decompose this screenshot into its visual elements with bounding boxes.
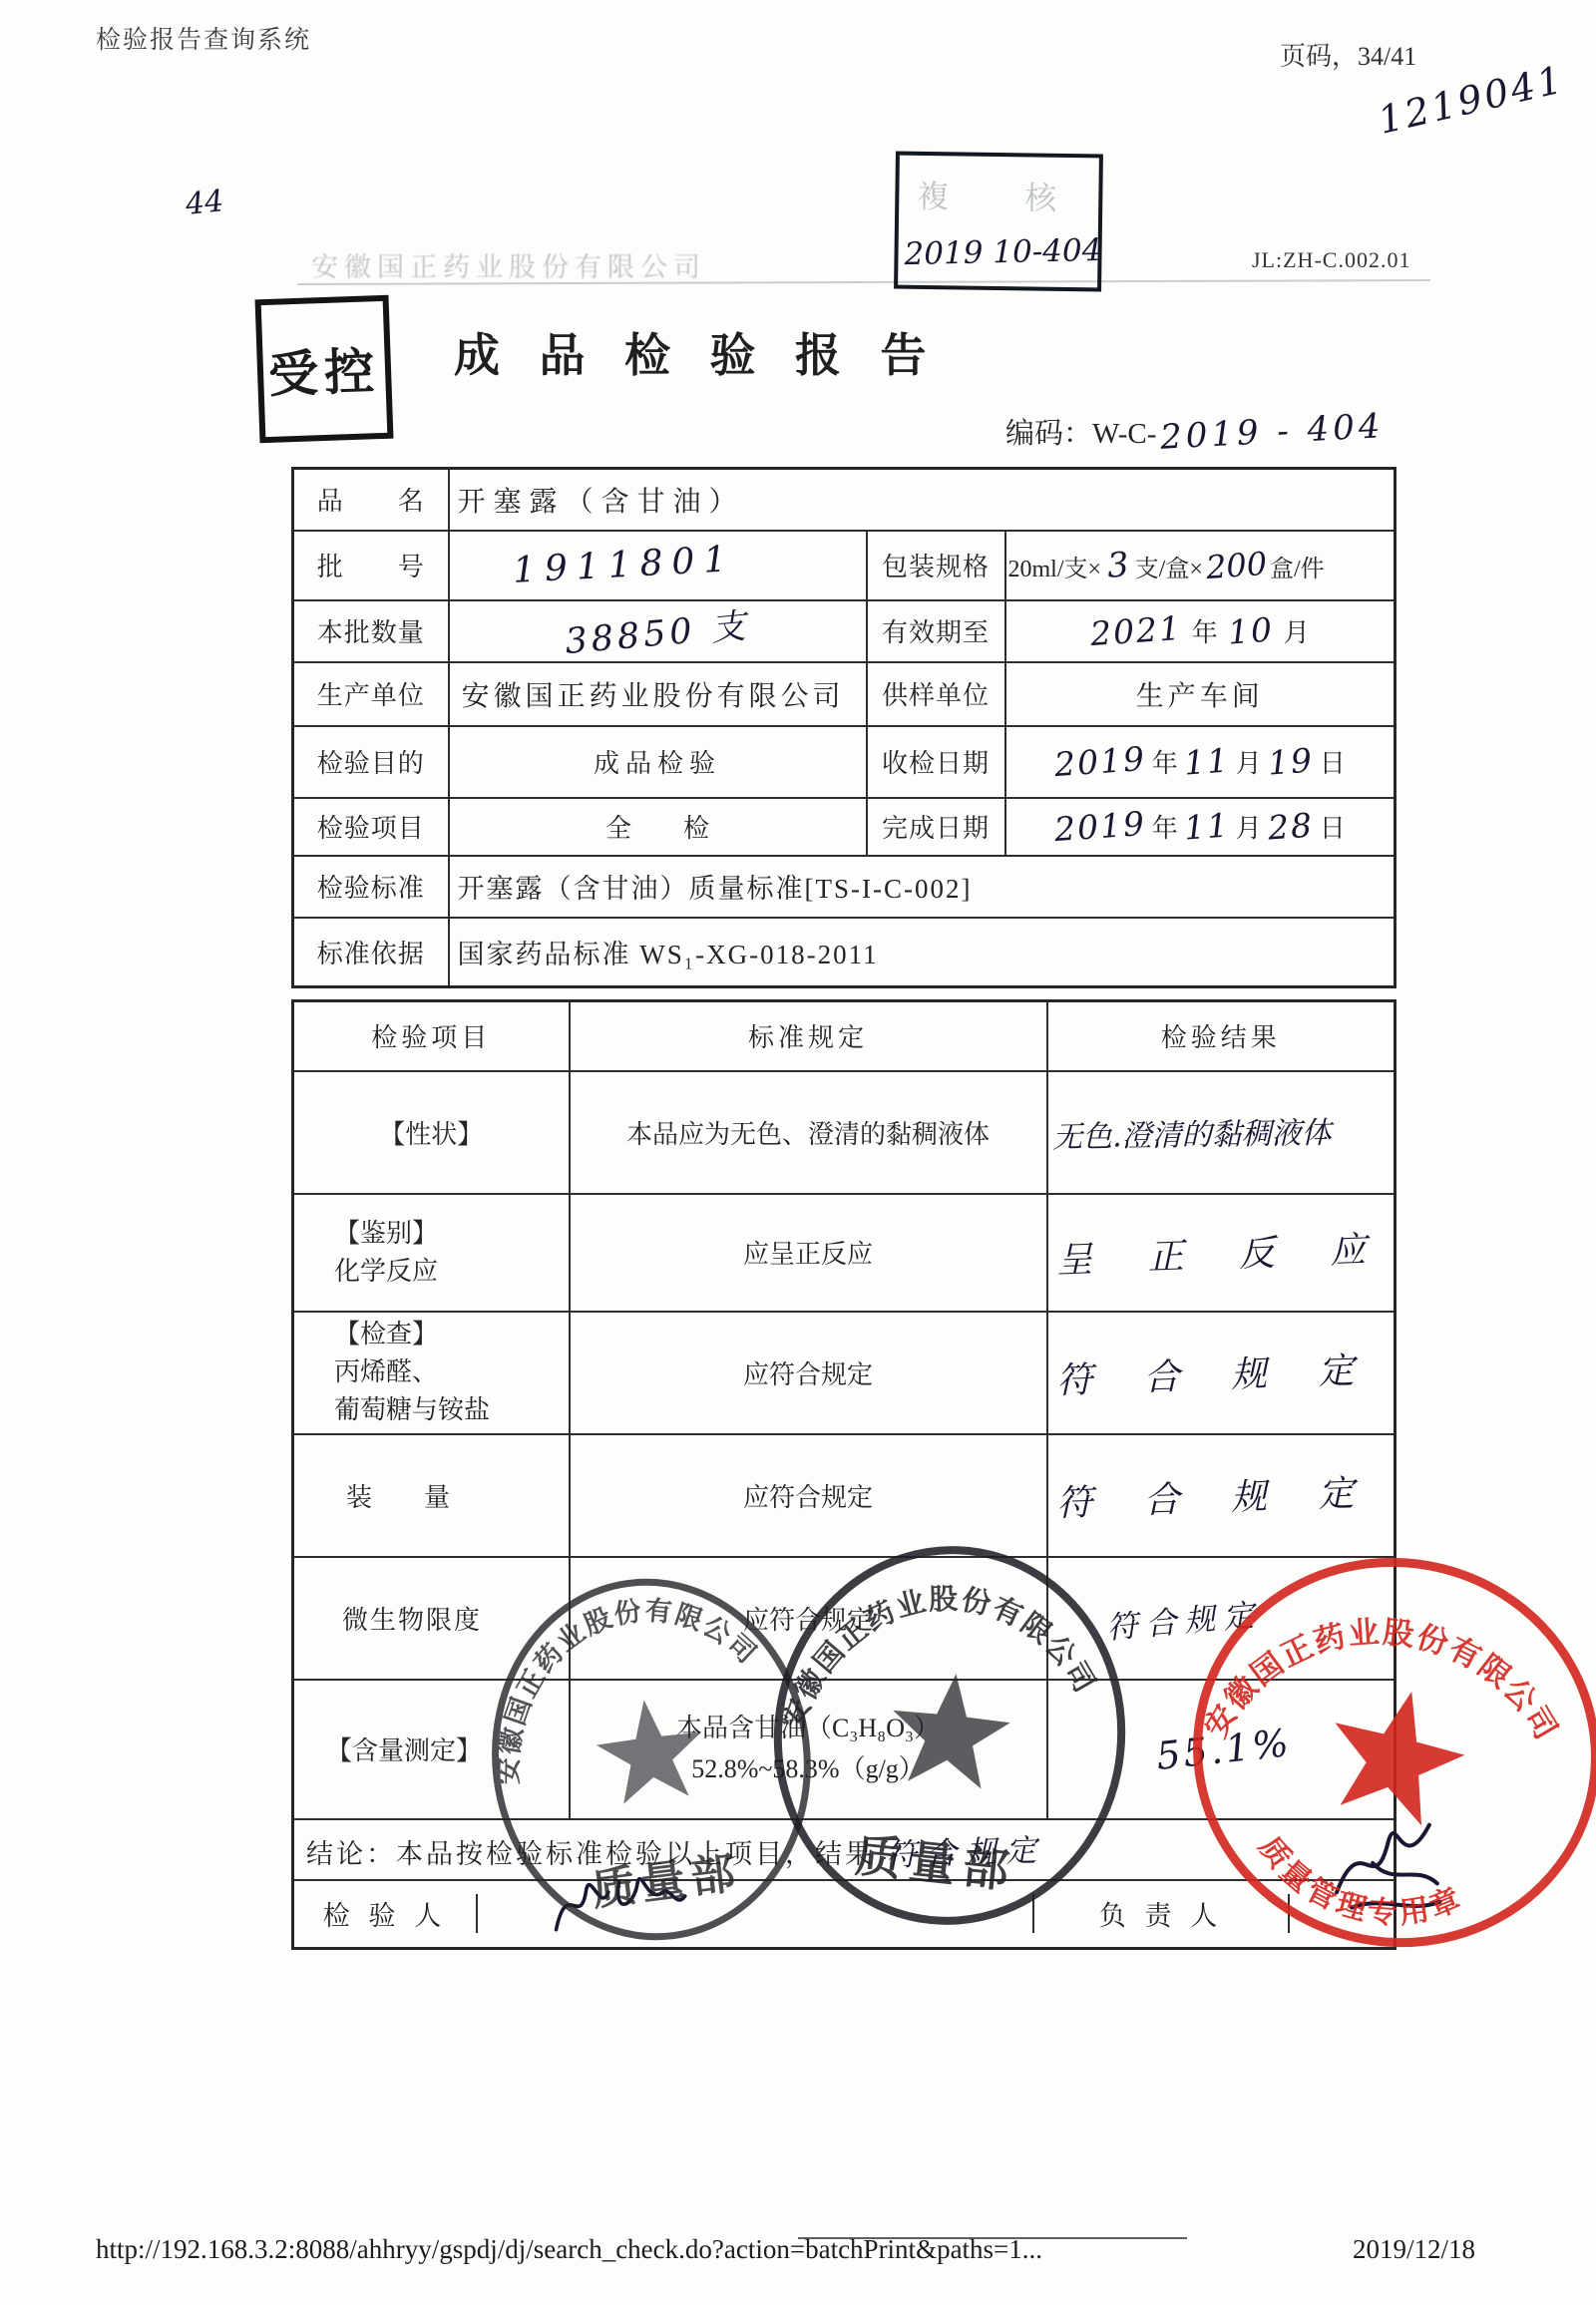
finish-month-hw: 11 [1182,805,1231,847]
supply-value: 生产车间 [1005,662,1396,726]
purpose-label: 检验目的 [293,726,449,798]
pack-handwritten-2: 200 [1205,544,1269,585]
row-zhuangliang-result: 符 合 规 定 [1047,1434,1396,1557]
row-jianbie-spec: 应呈正反应 [570,1194,1047,1312]
expiry-month-unit: 月 [1284,612,1310,649]
expiry-value: 2021 年 10 月 [1005,600,1396,662]
responsible-label: 负 责 人 [1034,1894,1290,1933]
inspector-signature [540,1849,698,1954]
recv-month-hw: 11 [1182,740,1231,782]
controlled-stamp: 受控 [255,295,394,444]
hanliang-spec-line1: 本品含甘油（C₃H₈O₃） [579,1709,1038,1748]
review-stamp-box: 複 核 2019 10-404 [894,152,1103,292]
header-spec: 标准规定 [570,1001,1047,1071]
recv-year-hw: 2019 [1052,739,1146,784]
row-jiancha-item: 【检查】 丙烯醛、 葡萄糖与铵盐 [293,1312,570,1434]
row-jiancha-spec: 应符合规定 [570,1312,1047,1434]
inspector-label: 检 验 人 [294,1894,478,1933]
qty-value: 38850 支 [449,600,867,662]
expiry-month-hw: 10 [1226,609,1275,651]
finish-month-unit: 月 [1236,808,1262,845]
page-number: 页码，34/41 [1280,36,1416,73]
basis-value: 国家药品标准 WS₁-XG-018-2011 [449,918,1396,987]
items-value: 全 检 [449,798,867,856]
result-table: 检验项目 标准规定 检验结果 【性状】 本品应为无色、澄清的黏稠液体 无色.澄清… [291,999,1396,1950]
row-jiancha-result: 符 合 规 定 [1047,1312,1396,1434]
recv-value: 2019 年 11 月 19 日 [1005,726,1396,798]
pack-handwritten-1: 3 [1105,545,1130,586]
review-stamp-text: 複 核 [917,172,1091,219]
batch-value: 1911801 [449,531,867,600]
footer-url: http://192.168.3.2:8088/ahhryy/gspdj/dj/… [96,2234,1042,2265]
row-xingzhuang-item: 【性状】 [293,1071,570,1194]
row-weishengwu-item: 微生物限度 [293,1557,570,1680]
standard-value: 开塞露（含甘油）质量标准[TS-I-C-002] [449,856,1396,918]
footer-date: 2019/12/18 [1353,2234,1475,2265]
conclusion-handwritten: 符合规定 [885,1824,1045,1875]
signature-row: 检 验 人 负 责 人 [293,1880,1396,1949]
finish-day-hw: 28 [1266,805,1315,847]
header-result: 检验结果 [1047,1001,1396,1071]
product-name-label: 品 名 [293,469,449,531]
row-xingzhuang-spec: 本品应为无色、澄清的黏稠液体 [570,1071,1047,1194]
pack-printed-2: 支/盒× [1135,549,1203,583]
report-code: 编码：W-C- 2019 - 404 [1005,411,1385,452]
header-item: 检验项目 [293,1001,570,1071]
result-weishengwu-handwritten: 符合规定 [1104,1589,1263,1647]
recv-year-unit: 年 [1152,743,1178,780]
row-zhuangliang-item: 装 量 [293,1434,570,1557]
info-table: 品 名 开塞露（含甘油） 批 号 1911801 包装规格 20ml/支× 3 … [291,467,1396,988]
batch-label: 批 号 [293,531,449,600]
mfr-value: 安徽国正药业股份有限公司 [449,662,867,726]
result-jiancha-handwritten: 符 合 规 定 [1055,1342,1375,1403]
row-hanliang-spec: 本品含甘油（C₃H₈O₃） 52.8%~58.3%（g/g） [570,1680,1047,1819]
finish-year-hw: 2019 [1052,804,1146,849]
row-zhuangliang-spec: 应符合规定 [570,1434,1047,1557]
review-stamp-handwritten: 2019 10-404 [904,232,1102,272]
result-xingzhuang-handwritten: 无色.澄清的黏稠液体 [1051,1108,1331,1157]
recv-label: 收检日期 [867,726,1005,798]
result-zhuangliang-handwritten: 符 合 规 定 [1055,1464,1375,1526]
row-jianbie-item: 【鉴别】 化学反应 [293,1194,570,1312]
jianbie-line2: 化学反应 [334,1253,561,1291]
recv-month-unit: 月 [1236,743,1262,780]
finish-label: 完成日期 [867,798,1005,856]
report-code-label: 编码：W-C- [1005,411,1156,452]
row-hanliang-item: 【含量测定】 [293,1680,570,1819]
result-jianbie-handwritten: 呈 正 反 应 [1055,1221,1389,1284]
basis-label: 标准依据 [293,918,449,987]
mfr-label: 生产单位 [293,662,449,726]
system-title: 检验报告查询系统 [96,20,311,56]
controlled-stamp-text: 受控 [267,331,381,407]
qty-handwritten: 38850 支 [563,598,751,664]
expiry-label: 有效期至 [867,600,1005,662]
report-title: 成 品 检 验 报 告 [454,319,941,385]
margin-handwritten-mark: 44 [184,184,225,222]
row-jianbie-result: 呈 正 反 应 [1047,1194,1396,1312]
jianbie-line1: 【鉴别】 [334,1215,561,1253]
hanliang-spec-line2: 52.8%~58.3%（g/g） [579,1749,1038,1789]
supply-label: 供样单位 [867,662,1005,726]
report-code-handwritten: 2019 - 404 [1160,406,1386,458]
inspector-signature-stroke [552,1874,687,1930]
items-label: 检验项目 [293,798,449,856]
batch-handwritten: 1911801 [512,539,736,591]
row-weishengwu-result: 符合规定 [1047,1557,1396,1680]
responsible-signature-stroke [1336,1819,1445,1914]
finish-value: 2019 年 11 月 28 日 [1005,798,1396,856]
finish-year-unit: 年 [1152,808,1178,845]
product-name-value: 开塞露（含甘油） [449,469,1396,531]
result-hanliang-handwritten: 55.1% [1154,1721,1294,1778]
conclusion-row: 结论：本品按检验标准检验以上项目，结果 符合规定 [293,1819,1396,1880]
pack-label: 包装规格 [867,531,1005,600]
row-xingzhuang-result: 无色.澄清的黏稠液体 [1047,1071,1396,1194]
expiry-year-unit: 年 [1192,612,1218,649]
finish-day-unit: 日 [1320,808,1346,845]
scanned-report-page: 检验报告查询系统 页码，34/41 1219041 44 安徽国正药业股份有限公… [0,0,1596,2305]
standard-label: 检验标准 [293,856,449,918]
jiancha-line3: 葡萄糖与铵盐 [334,1391,561,1429]
row-weishengwu-spec: 应符合规定 [570,1557,1047,1680]
pack-printed-1: 20ml/支× [1008,549,1102,583]
pack-printed-3: 盒/件 [1270,549,1325,583]
letterhead-company-faint: 安徽国正药业股份有限公司 [311,245,706,284]
jiancha-line1: 【检查】 [334,1316,561,1353]
recv-day-unit: 日 [1320,743,1346,780]
recv-day-hw: 19 [1266,740,1315,782]
responsible-signature [1311,1795,1469,1935]
jiancha-line2: 丙烯醛、 [334,1353,561,1391]
doc-code: JL:ZH-C.002.01 [1252,247,1410,273]
expiry-year-hw: 2021 [1088,608,1182,653]
purpose-value: 成品检验 [449,726,867,798]
pack-value: 20ml/支× 3 支/盒× 200 盒/件 [1005,531,1396,600]
qty-label: 本批数量 [293,600,449,662]
